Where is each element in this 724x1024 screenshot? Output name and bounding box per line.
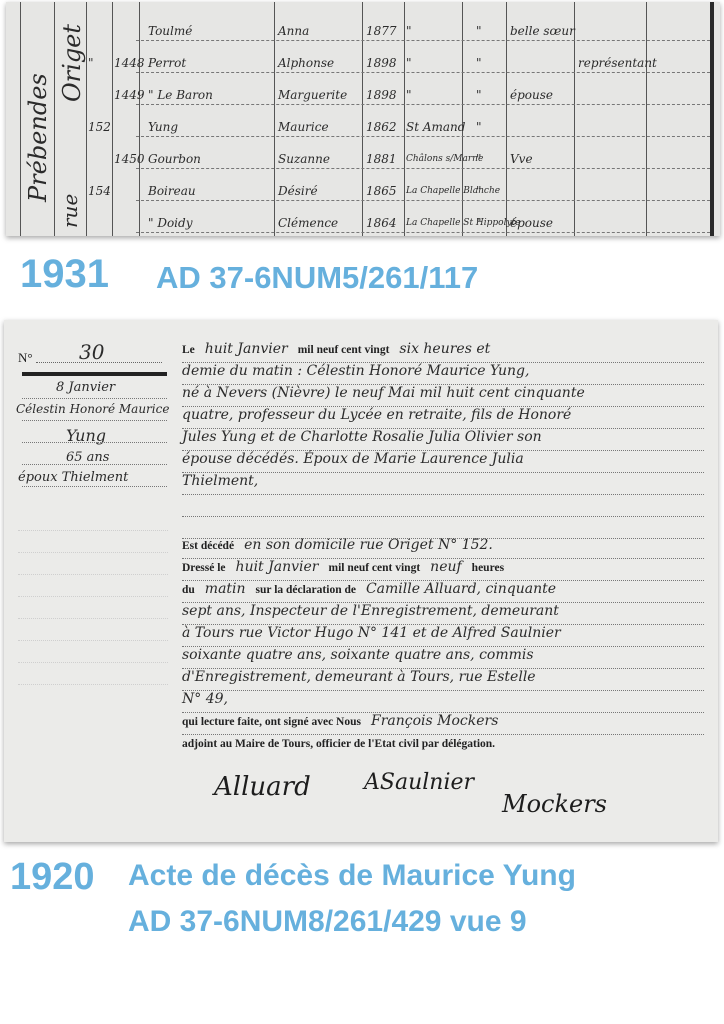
- record-line: demie du matin : Célestin Honoré Maurice…: [182, 362, 704, 385]
- faint-line: [18, 574, 168, 576]
- census-surname: " Le Baron: [148, 88, 213, 102]
- handwritten-text: six heures et: [399, 341, 490, 357]
- census-surname: " Doidy: [148, 216, 192, 230]
- margin-line: [22, 442, 167, 443]
- handwritten-text: épouse décédés. Époux de Marie Laurence …: [182, 451, 524, 467]
- handwritten-text: quatre, professeur du Lycée en retraite,…: [182, 407, 571, 423]
- record-line: Thielment,: [182, 472, 704, 495]
- number-bar: [22, 372, 167, 376]
- printed-text: heures: [472, 562, 504, 574]
- census-birth-place: ": [406, 24, 412, 38]
- faint-line: [18, 684, 168, 686]
- row-rule: [136, 104, 710, 105]
- street-label: rue: [58, 194, 82, 228]
- census-first-name: Marguerite: [278, 88, 347, 102]
- faint-line: [18, 596, 168, 598]
- census-birth-year: 1898: [366, 88, 397, 102]
- census-nationality: ": [476, 120, 482, 134]
- record-line: quatre, professeur du Lycée en retraite,…: [182, 406, 704, 429]
- margin-line: [22, 486, 167, 487]
- handwritten-text: Camille Alluard, cinquante: [366, 581, 556, 597]
- handwritten-text: N° 49,: [182, 691, 228, 707]
- census-first-name: Suzanne: [278, 152, 330, 166]
- handwritten-text: matin: [205, 581, 246, 597]
- census-birth-year: 1862: [366, 120, 397, 134]
- caption-year-1920: 1920: [10, 856, 95, 899]
- record-number: 30: [79, 340, 104, 364]
- census-first-name: Maurice: [278, 120, 329, 134]
- handwritten-text: d'Enregistrement, demeurant à Tours, rue…: [182, 669, 536, 685]
- number-label: N°: [18, 350, 33, 366]
- census-first-name: Anna: [278, 24, 309, 38]
- border-rule: [710, 2, 714, 236]
- death-record-scan: N° 30 8 Janvier Célestin Honoré Maurice …: [4, 320, 718, 842]
- census-nationality: ": [476, 88, 482, 102]
- census-birth-year: 1865: [366, 184, 397, 198]
- printed-text: du: [182, 584, 195, 596]
- handwritten-text: né à Nevers (Nièvre) le neuf Mai mil hui…: [182, 385, 585, 401]
- census-nationality: ": [476, 152, 482, 166]
- census-relation: épouse: [510, 216, 553, 230]
- census-surname: Toulmé: [148, 24, 192, 38]
- census-household-no: 1450: [114, 152, 145, 166]
- margin-given-names: Célestin Honoré Maurice: [16, 402, 169, 416]
- faint-line: [18, 530, 168, 532]
- caption-year-1931: 1931: [20, 252, 109, 297]
- street-label: Origet: [58, 24, 86, 102]
- record-line: sept ans, Inspecteur de l'Enregistrement…: [182, 602, 704, 625]
- column-rule: [112, 2, 113, 236]
- record-line: N° 49,: [182, 690, 704, 713]
- census-nationality: ": [476, 24, 482, 38]
- margin-age: 65 ans: [66, 450, 109, 465]
- faint-line: [18, 640, 168, 642]
- census-first-name: Désiré: [278, 184, 318, 198]
- census-birth-place: La Chapelle Blanche: [406, 186, 500, 196]
- record-line: Est décédéen son domicile rue Origet N° …: [182, 536, 704, 559]
- census-house-no: ": [88, 56, 94, 70]
- column-rule: [86, 2, 87, 236]
- record-line: Jules Yung et de Charlotte Rosalie Julia…: [182, 428, 704, 451]
- record-line: Lehuit Janviermil neuf cent vingtsix heu…: [182, 340, 704, 363]
- faint-line: [18, 552, 168, 554]
- census-birth-year: 1864: [366, 216, 397, 230]
- census-register-scan: Prébendes Origet rue ToulméAnna1877""bel…: [6, 2, 720, 236]
- record-line: d'Enregistrement, demeurant à Tours, rue…: [182, 668, 704, 691]
- margin-spouse: époux Thielment: [18, 470, 128, 485]
- census-nationality: ": [476, 56, 482, 70]
- record-line: dumatinsur la déclaration deCamille Allu…: [182, 580, 704, 603]
- printed-text: mil neuf cent vingt: [328, 562, 420, 574]
- margin-line: [22, 398, 167, 399]
- printed-text: Dressé le: [182, 562, 226, 574]
- faint-line: [18, 618, 168, 620]
- handwritten-text: Thielment,: [182, 473, 258, 489]
- census-relation: épouse: [510, 88, 553, 102]
- column-rule: [54, 2, 55, 236]
- census-profession: représentant: [578, 56, 657, 70]
- signature-declarant-2: ASaulnier: [364, 770, 474, 795]
- handwritten-text: demie du matin : Célestin Honoré Maurice…: [182, 363, 529, 379]
- printed-text: mil neuf cent vingt: [298, 344, 390, 356]
- printed-text: Est décédé: [182, 540, 234, 552]
- record-line: épouse décédés. Époux de Marie Laurence …: [182, 450, 704, 473]
- census-birth-place: La Chapelle St Hippolyte: [406, 218, 521, 228]
- census-birth-place: ": [406, 88, 412, 102]
- caption-reference-1931: AD 37-6NUM5/261/117: [156, 260, 478, 296]
- census-birth-place: Châlons s/Marne: [406, 154, 483, 164]
- margin-line: [22, 420, 167, 421]
- census-surname: Perrot: [148, 56, 186, 70]
- census-birth-place: ": [406, 56, 412, 70]
- printed-text: sur la déclaration de: [256, 584, 356, 596]
- street-label: Prébendes: [24, 73, 52, 202]
- column-rule: [20, 2, 21, 236]
- census-birth-place: St Amand: [406, 120, 465, 134]
- handwritten-text: huit Janvier: [205, 341, 288, 357]
- census-household-no: 1448: [114, 56, 145, 70]
- number-line: [36, 362, 162, 363]
- faint-line: [18, 662, 168, 664]
- record-line: né à Nevers (Nièvre) le neuf Mai mil hui…: [182, 384, 704, 407]
- handwritten-text: François Mockers: [371, 713, 498, 729]
- signature-officer: Mockers: [502, 790, 607, 818]
- census-surname: Gourbon: [148, 152, 201, 166]
- census-first-name: Alphonse: [278, 56, 334, 70]
- margin-date: 8 Janvier: [56, 380, 115, 395]
- census-nationality: ": [476, 184, 482, 198]
- handwritten-text: en son domicile rue Origet N° 152.: [244, 537, 493, 553]
- row-rule: [136, 200, 710, 201]
- caption-title-1920: Acte de décès de Maurice Yung: [128, 859, 576, 893]
- handwritten-text: Jules Yung et de Charlotte Rosalie Julia…: [182, 429, 542, 445]
- row-rule: [136, 168, 710, 169]
- handwritten-text: à Tours rue Victor Hugo N° 141 et de Alf…: [182, 625, 561, 641]
- printed-text: adjoint au Maire de Tours, officier de l…: [182, 738, 495, 750]
- record-line: [182, 494, 704, 517]
- row-rule: [136, 136, 710, 137]
- margin-line: [22, 464, 167, 465]
- census-house-no: 152: [88, 120, 111, 134]
- census-relation: belle sœur: [510, 24, 575, 38]
- printed-text: Le: [182, 344, 195, 356]
- handwritten-text: soixante quatre ans, soixante quatre ans…: [182, 647, 534, 663]
- record-line: Dressé lehuit Janviermil neuf cent vingt…: [182, 558, 704, 581]
- census-birth-year: 1898: [366, 56, 397, 70]
- census-nationality: ": [476, 216, 482, 230]
- census-birth-year: 1877: [366, 24, 397, 38]
- record-line: soixante quatre ans, soixante quatre ans…: [182, 646, 704, 669]
- row-rule: [136, 72, 710, 73]
- census-surname: Boireau: [148, 184, 196, 198]
- row-rule: [136, 232, 710, 233]
- census-surname: Yung: [148, 120, 178, 134]
- record-line: qui lecture faite, ont signé avec NousFr…: [182, 712, 704, 735]
- signature-declarant-1: Alluard: [214, 772, 311, 802]
- census-first-name: Clémence: [278, 216, 338, 230]
- row-rule: [136, 40, 710, 41]
- census-relation: Vve: [510, 152, 533, 166]
- caption-reference-1920: AD 37-6NUM8/261/429 vue 9: [128, 905, 527, 939]
- handwritten-text: neuf: [430, 559, 462, 575]
- handwritten-text: huit Janvier: [236, 559, 319, 575]
- margin-column: N° 30 8 Janvier Célestin Honoré Maurice …: [4, 320, 174, 842]
- handwritten-text: sept ans, Inspecteur de l'Enregistrement…: [182, 603, 559, 619]
- census-birth-year: 1881: [366, 152, 397, 166]
- census-household-no: 1449: [114, 88, 145, 102]
- printed-text: qui lecture faite, ont signé avec Nous: [182, 716, 361, 728]
- census-house-no: 154: [88, 184, 111, 198]
- record-line: adjoint au Maire de Tours, officier de l…: [182, 734, 704, 756]
- record-line: à Tours rue Victor Hugo N° 141 et de Alf…: [182, 624, 704, 647]
